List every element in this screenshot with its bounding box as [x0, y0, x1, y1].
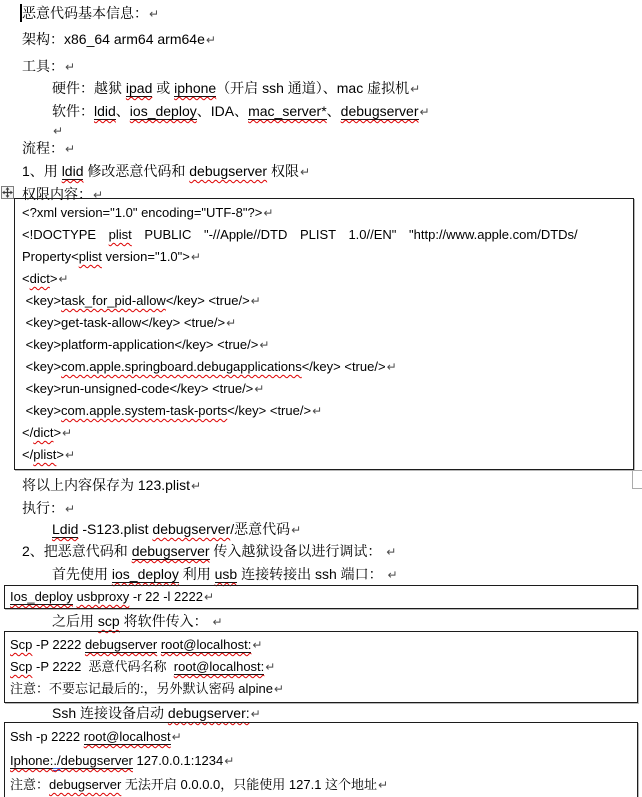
- text-run: iphone: [174, 80, 216, 97]
- code-line: <key>run-unsigned-code</key> <true/>↵: [22, 378, 626, 400]
- code-line: </plist>↵: [22, 444, 626, 466]
- text-run: -r 22 -l 2222: [129, 589, 203, 604]
- paragraph-mark-icon: ↵: [226, 316, 236, 330]
- code-line: <key>task_for_pid-allow</key> <true/>↵: [22, 290, 626, 312]
- text-run: ios_deploy: [130, 103, 197, 120]
- text-run: <key>run-unsigned-code</key> <true/>: [22, 381, 253, 396]
- text-run: root@localhost:: [174, 659, 265, 675]
- text-run: 无法开启 0.0.0.0，只能使用 127.1 这个地址: [121, 777, 377, 792]
- text-run: 连接转接出 ssh 端口：: [237, 566, 386, 582]
- text-run: 硬件：越狱: [52, 80, 126, 96]
- text-run: <key>: [22, 359, 61, 374]
- text-run: 、: [327, 103, 341, 119]
- paragraph-mark-icon: ↵: [172, 730, 182, 744]
- text-run: <key>: [22, 403, 61, 418]
- text-run: 传入越狱设备以进行调试：: [210, 543, 386, 559]
- text-caret-icon: [20, 4, 22, 22]
- text-run: 127.0.0.1:1234: [133, 753, 223, 768]
- text-run: task_for_pid-allow: [61, 293, 166, 308]
- text-run: com.apple.springboard.debugapplications: [61, 359, 302, 374]
- paragraph-mark-icon: ↵: [149, 7, 159, 21]
- code-line: Ssh -p 2222 root@localhost↵: [10, 725, 632, 749]
- paragraph-mark-icon: ↵: [252, 638, 262, 652]
- code-line: Scp -P 2222 恶意代码名称 root@localhost:↵: [10, 656, 632, 678]
- text-run: ldid: [94, 103, 116, 120]
- text-run: ipad: [126, 80, 152, 97]
- code-line: <key>platform-application</key> <true/>↵: [22, 334, 626, 356]
- code-box-sshbox: Ssh -p 2222 root@localhost↵Iphone:./debu…: [4, 722, 638, 797]
- paragraph-mark-icon: ↵: [65, 60, 75, 74]
- paragraph-mark-icon: ↵: [265, 660, 275, 674]
- text-run: /恶意代码: [230, 521, 290, 537]
- paragraph-step1: 1、用 ldid 修改恶意代码和 debugserver 权限↵: [22, 161, 638, 182]
- paragraph-mark-icon: ↵: [65, 142, 75, 156]
- text-run: dict: [33, 425, 53, 440]
- paragraph-mark-icon: ↵: [388, 568, 398, 582]
- code-line: <?xml version="1.0" encoding="UTF-8"?>↵: [22, 202, 626, 224]
- paragraph-mark-icon: ↵: [224, 754, 234, 768]
- paragraph-mark-icon: ↵: [254, 382, 264, 396]
- paragraph-ldidcmd: Ldid -S123.plist debugserver/恶意代码↵: [22, 519, 638, 540]
- text-run: <key>platform-application</key> <true/>: [22, 337, 258, 352]
- text-run: 首先使用: [52, 566, 112, 582]
- paragraph-flow: 流程：↵: [22, 138, 638, 159]
- code-line: Scp -P 2222 debugserver root@localhost:↵: [10, 634, 632, 656]
- text-run: Ios_deploy: [10, 589, 73, 605]
- paragraph-mark-icon: ↵: [387, 360, 397, 374]
- code-line: Iphone:./debugserver 127.0.0.1:1234↵: [10, 749, 632, 773]
- paragraph-tools: 工具：↵: [22, 56, 638, 77]
- text-run: 注意：: [10, 777, 49, 792]
- text-run: 架构：x86_64 arm64 arm64e: [22, 31, 205, 47]
- paragraph-mark-icon: ↵: [300, 165, 310, 179]
- text-run: root@localhost: [84, 729, 171, 745]
- paragraph-mark-icon: ↵: [274, 682, 284, 696]
- text-run: debugserver: [132, 543, 210, 560]
- paragraph-mark-icon: ↵: [263, 206, 273, 220]
- code-box-scpbox: Scp -P 2222 debugserver root@localhost:↵…: [4, 631, 638, 703]
- paragraph-mark-icon: ↵: [259, 338, 269, 352]
- paragraph-exec: 执行：↵: [22, 498, 638, 519]
- text-run: </key> <true/>: [302, 359, 386, 374]
- text-run: Iphone:: [10, 753, 53, 769]
- text-run: 执行：: [22, 500, 64, 516]
- paragraph-mark-icon: ↵: [65, 448, 75, 462]
- paragraph-mark-icon: ↵: [251, 294, 261, 308]
- paragraph-title: 恶意代码基本信息：↵: [22, 3, 638, 24]
- paragraph-mark-icon: ↵: [386, 545, 396, 559]
- paragraph-mark-icon: ↵: [191, 250, 201, 264]
- text-run: 、: [116, 103, 130, 119]
- code-line: <key>get-task-allow</key> <true/>↵: [22, 312, 626, 334]
- paragraph-hardware: 硬件：越狱 ipad 或 iphone（开启 ssh 通道）、mac 虚拟机↵: [22, 78, 638, 99]
- text-run: 、IDA、: [197, 103, 248, 119]
- text-run: 流程：: [22, 140, 64, 156]
- paragraph-step2: 2、把恶意代码和 debugserver 传入越狱设备以进行调试： ↵: [22, 541, 638, 562]
- paragraph-mark-icon: ↵: [312, 404, 322, 418]
- text-run: debugserver: [341, 103, 419, 120]
- text-run: 工具：: [22, 58, 64, 74]
- text-run: Ssh 连接设备启动: [52, 705, 168, 721]
- text-run: <: [22, 271, 30, 286]
- text-run: 权限: [267, 163, 299, 179]
- text-run: Ssh -p 2222: [10, 729, 84, 744]
- text-run: 软件：: [52, 103, 94, 119]
- paragraph-mark-icon: ↵: [62, 426, 72, 440]
- text-run: -P 2222 恶意代码名称: [32, 659, 173, 674]
- paragraph-save: 将以上内容保存为 123.plist↵: [22, 475, 638, 496]
- code-line: </dict>↵: [22, 422, 626, 444]
- text-run: </key> <true/>: [227, 403, 311, 418]
- code-line: <key>com.apple.system-task-ports</key> <…: [22, 400, 626, 422]
- code-line: 注意：debugserver 无法开启 0.0.0.0，只能使用 127.1 这…: [10, 773, 632, 797]
- text-run: Ldid: [52, 521, 78, 538]
- text-run: root@localhost:: [161, 637, 252, 653]
- text-run: <key>get-task-allow</key> <true/>: [22, 315, 225, 330]
- text-run: debugserver: [85, 637, 157, 653]
- code-line: <key>com.apple.springboard.debugapplicat…: [22, 356, 626, 378]
- text-run: -P 2222: [32, 637, 85, 652]
- text-run: scp: [98, 613, 120, 629]
- paragraph-mark-icon: ↵: [58, 272, 68, 286]
- code-box-plistbox: <?xml version="1.0" encoding="UTF-8"?>↵<…: [14, 198, 634, 470]
- text-run: 或: [152, 80, 174, 96]
- text-run: debugserver: [152, 521, 230, 537]
- text-run: plist: [33, 447, 56, 462]
- paragraph-mark-icon: ↵: [410, 82, 420, 96]
- text-run: <key>: [22, 293, 61, 308]
- text-run: Scp: [10, 659, 32, 674]
- paragraph-mark-icon: ↵: [206, 33, 216, 47]
- text-run: </: [22, 425, 33, 440]
- text-run: ios_deploy: [112, 566, 179, 583]
- text-run: 将软件传入：: [120, 613, 212, 629]
- text-run: usb: [215, 566, 238, 583]
- text-run: debugserver: [61, 753, 133, 769]
- code-box-iosdeploybox: Ios_deploy usbproxy -r 22 -l 2222↵: [4, 585, 638, 609]
- text-run: usbproxy: [77, 589, 130, 604]
- text-run: PUBLIC "-//Apple//DTD PLIST 1.0//EN" "ht…: [132, 227, 578, 242]
- paragraph-mark-icon: ↵: [420, 105, 430, 119]
- text-run: <?xml version="1.0" encoding="UTF-8"?>: [22, 205, 262, 220]
- code-line: 注意：不要忘记最后的:，另外默认密码 alpine↵: [10, 678, 632, 700]
- text-run: >: [50, 271, 58, 286]
- paragraph-mark-icon: ↵: [291, 523, 301, 537]
- paragraph-mark-icon: ↵: [191, 479, 201, 493]
- text-run: version="1.0">: [102, 249, 190, 264]
- text-run: plist: [109, 227, 132, 242]
- paragraph-mark-icon: ↵: [212, 615, 222, 629]
- text-run: 之后用: [52, 613, 98, 629]
- text-run: debugserver: [49, 777, 121, 792]
- paragraph-mark-icon: ↵: [204, 590, 214, 604]
- text-run: dict: [30, 271, 50, 286]
- text-run: 将以上内容保存为 123.plist: [22, 477, 190, 493]
- code-line: <dict>↵: [22, 268, 626, 290]
- text-run: 1、用: [22, 163, 62, 179]
- text-run: >: [53, 425, 61, 440]
- document-page[interactable]: 恶意代码基本信息：↵架构：x86_64 arm64 arm64e↵工具：↵硬件：…: [0, 0, 642, 797]
- paragraph-software: 软件：ldid、ios_deploy、IDA、mac_server*、debug…: [22, 101, 638, 122]
- text-run: ./: [53, 753, 60, 771]
- text-run: 恶意代码基本信息：: [22, 5, 148, 21]
- paragraph-mark-icon: ↵: [251, 707, 261, 721]
- paragraph-scpintro: 之后用 scp 将软件传入： ↵: [22, 611, 638, 632]
- paragraph-mark-icon: ↵: [65, 502, 75, 516]
- paragraph-mark-icon: ↵: [53, 124, 63, 138]
- text-run: （开启 ssh 通道）、mac 虚拟机: [216, 80, 409, 96]
- text-run: 利用: [179, 566, 215, 582]
- text-run: mac_server*: [248, 103, 327, 120]
- text-run: <!DOCTYPE: [22, 227, 109, 242]
- text-run: ldid: [62, 163, 84, 180]
- code-line: Ios_deploy usbproxy -r 22 -l 2222↵: [10, 586, 632, 608]
- text-run: Property<: [22, 249, 79, 264]
- text-run: debugserver:: [168, 705, 250, 721]
- text-run: 修改恶意代码和: [83, 163, 189, 179]
- paragraph-first: 首先使用 ios_deploy 利用 usb 连接转接出 ssh 端口： ↵: [22, 564, 638, 585]
- text-run: 2、把恶意代码和: [22, 543, 132, 559]
- text-run: </: [22, 447, 33, 462]
- paragraph-mark-icon: ↵: [378, 778, 388, 792]
- code-line: Property<plist version="1.0">↵: [22, 246, 626, 268]
- text-run: com.apple.system-task-ports: [61, 403, 227, 418]
- text-run: 注意：不要忘记最后的:，另外默认密码 alpine: [10, 681, 273, 696]
- table-move-handle-icon[interactable]: [1, 186, 14, 199]
- text-run: Scp: [10, 637, 32, 652]
- text-run: debugserver: [189, 163, 267, 179]
- text-run: </key> <true/>: [166, 293, 250, 308]
- text-run: plist: [79, 249, 102, 264]
- text-run: >: [56, 447, 64, 462]
- paragraph-sshintro: Ssh 连接设备启动 debugserver:↵: [22, 703, 638, 724]
- text-run: -S123.plist: [78, 521, 152, 537]
- paragraph-arch: 架构：x86_64 arm64 arm64e↵: [22, 29, 638, 50]
- code-line: <!DOCTYPE plist PUBLIC "-//Apple//DTD PL…: [22, 224, 626, 246]
